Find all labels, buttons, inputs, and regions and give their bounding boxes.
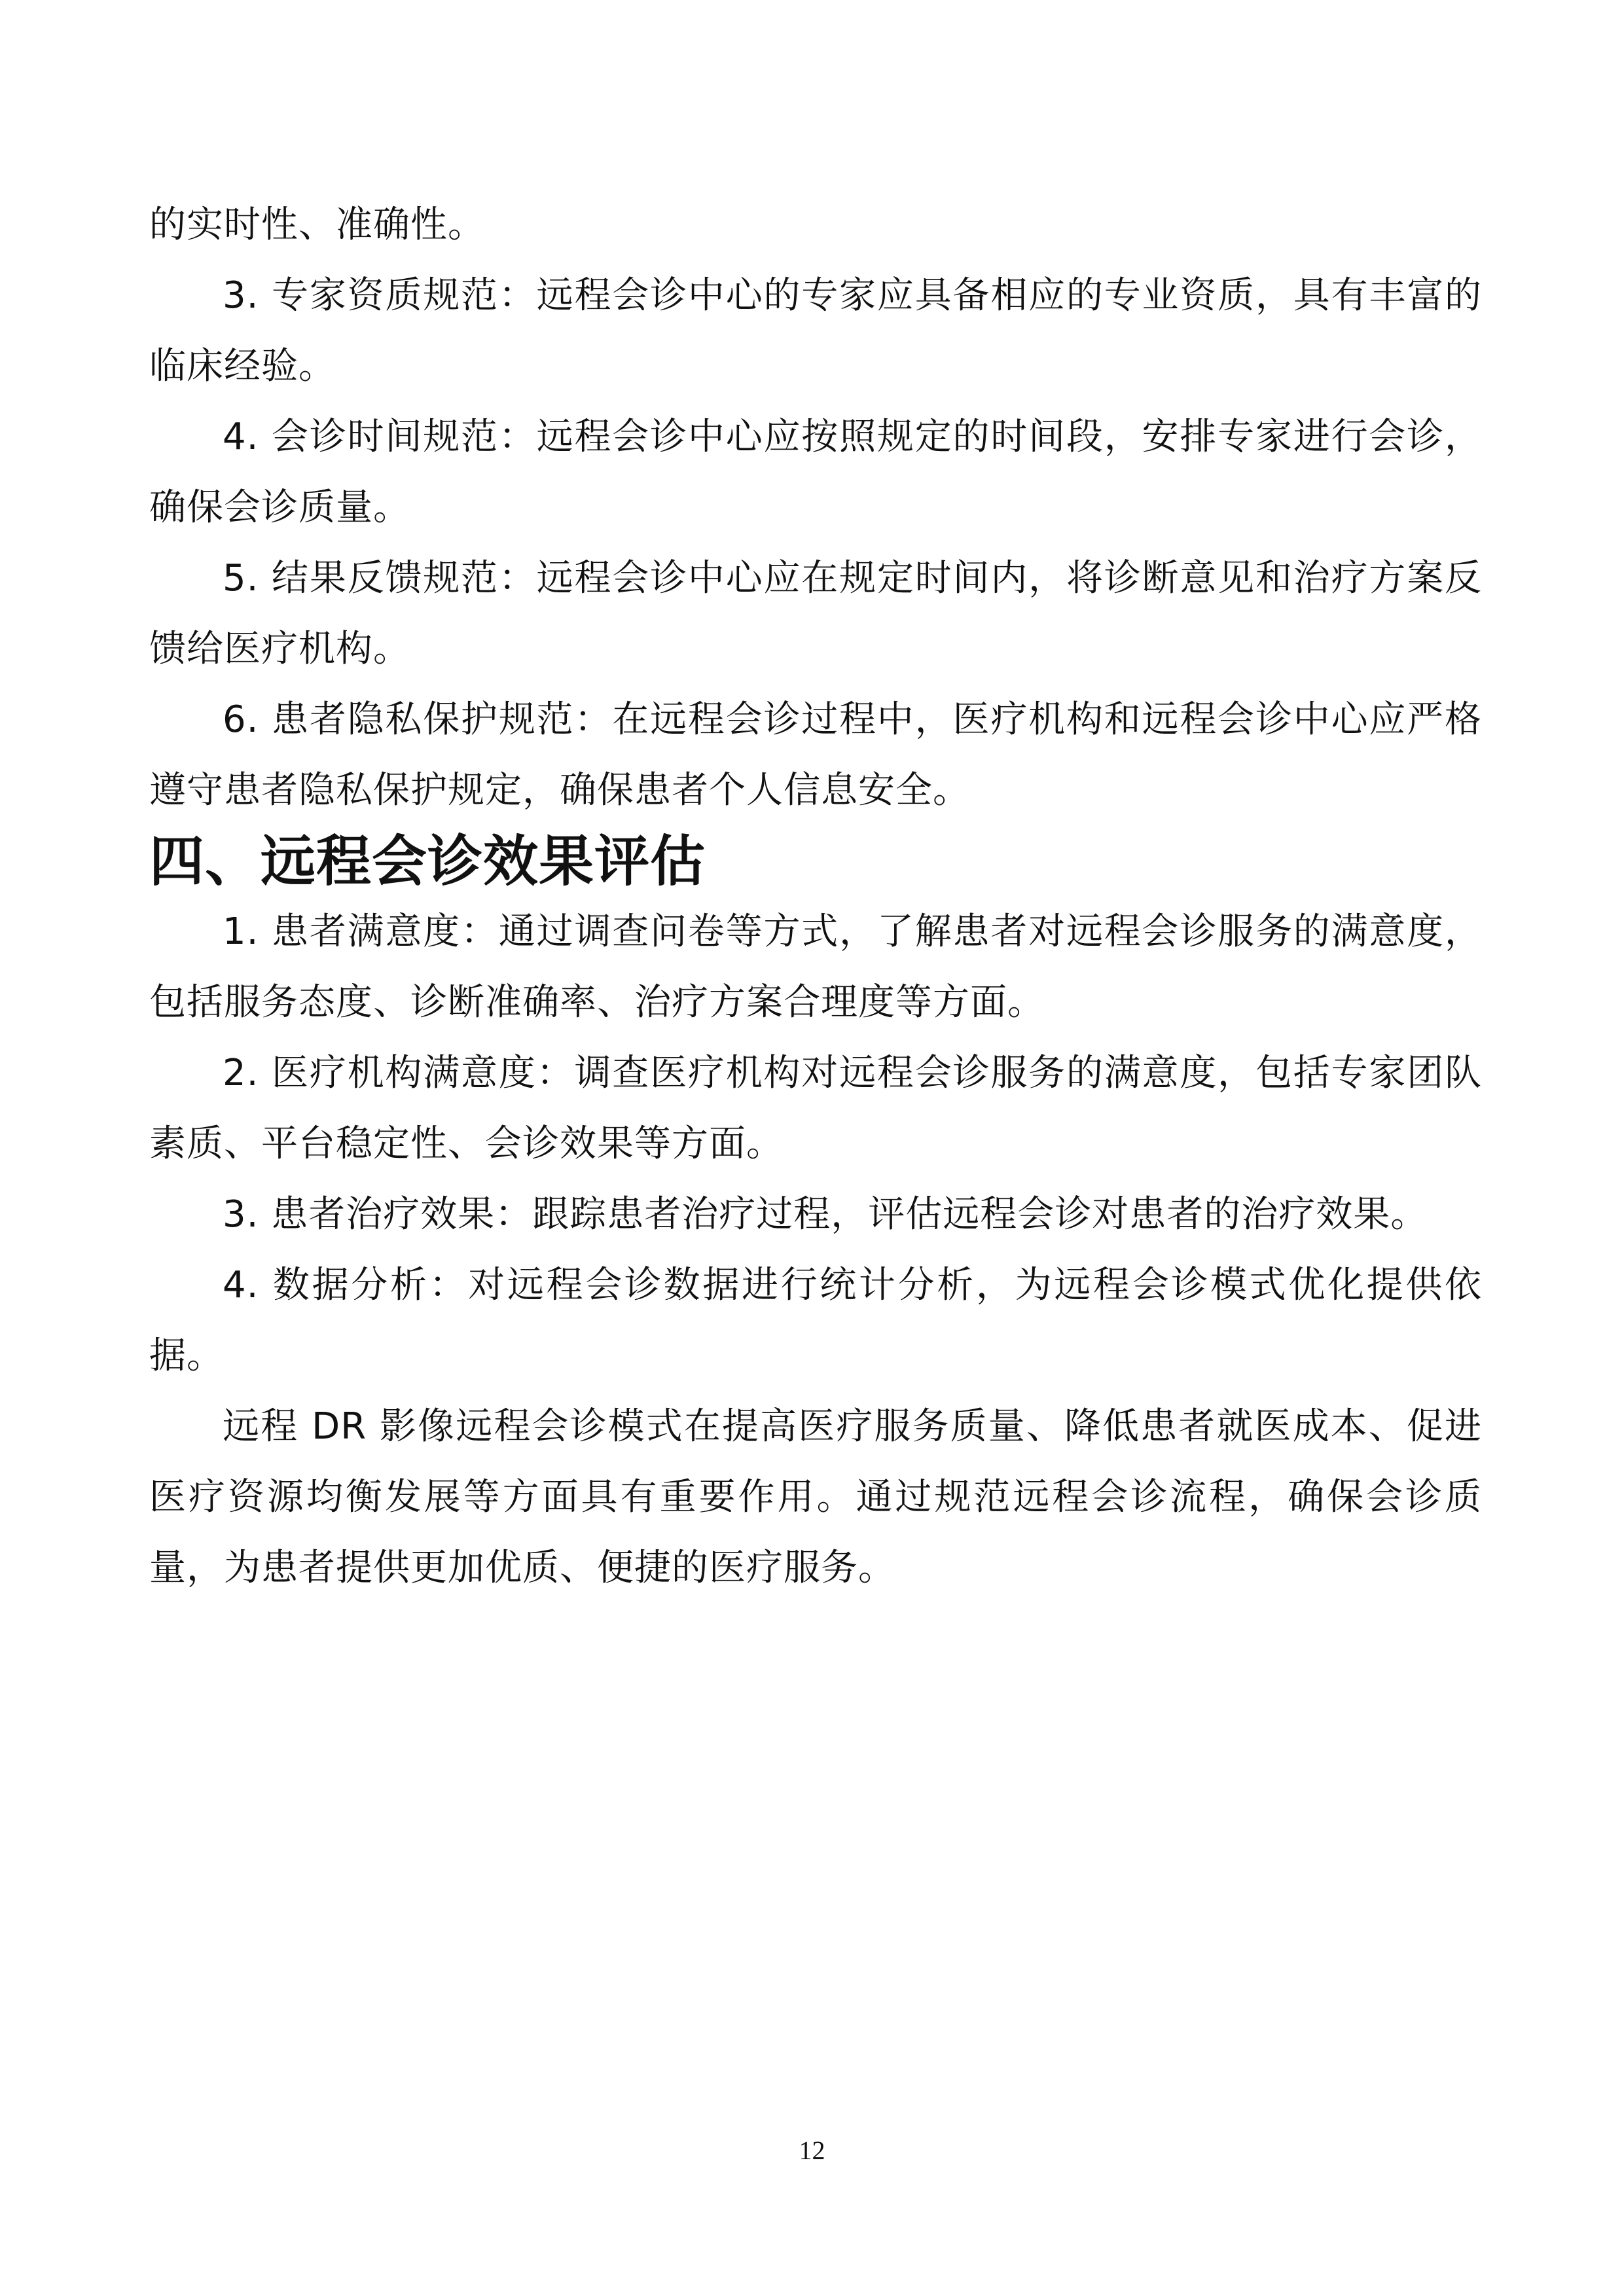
list-item-data-analysis: 4. 数据分析：对远程会诊数据进行统计分析，为远程会诊模式优化提供依据。 <box>149 1250 1482 1391</box>
conclusion-paragraph: 远程 DR 影像远程会诊模式在提高医疗服务质量、降低患者就医成本、促进医疗资源均… <box>149 1391 1482 1604</box>
list-item-result-feedback: 5. 结果反馈规范：远程会诊中心应在规定时间内，将诊断意见和治疗方案反馈给医疗机… <box>149 543 1482 685</box>
list-item-expert-qualification: 3. 专家资质规范：远程会诊中心的专家应具备相应的专业资质，具有丰富的临床经验。 <box>149 260 1482 402</box>
list-item-patient-satisfaction: 1. 患者满意度：通过调查问卷等方式，了解患者对远程会诊服务的满意度，包括服务态… <box>149 897 1482 1038</box>
continuation-paragraph: 的实时性、准确性。 <box>149 190 1482 260</box>
section-heading-effect-evaluation: 四、远程会诊效果评估 <box>149 826 1482 897</box>
list-item-consultation-time: 4. 会诊时间规范：远程会诊中心应按照规定的时间段，安排专家进行会诊，确保会诊质… <box>149 402 1482 543</box>
page-number: 12 <box>0 2135 1624 2166</box>
list-item-privacy-protection: 6. 患者隐私保护规范：在远程会诊过程中，医疗机构和远程会诊中心应严格遵守患者隐… <box>149 685 1482 826</box>
document-page: 的实时性、准确性。 3. 专家资质规范：远程会诊中心的专家应具备相应的专业资质，… <box>149 190 1482 1604</box>
list-item-treatment-effect: 3. 患者治疗效果：跟踪患者治疗过程，评估远程会诊对患者的治疗效果。 <box>149 1179 1482 1250</box>
list-item-institution-satisfaction: 2. 医疗机构满意度：调查医疗机构对远程会诊服务的满意度，包括专家团队素质、平台… <box>149 1038 1482 1179</box>
